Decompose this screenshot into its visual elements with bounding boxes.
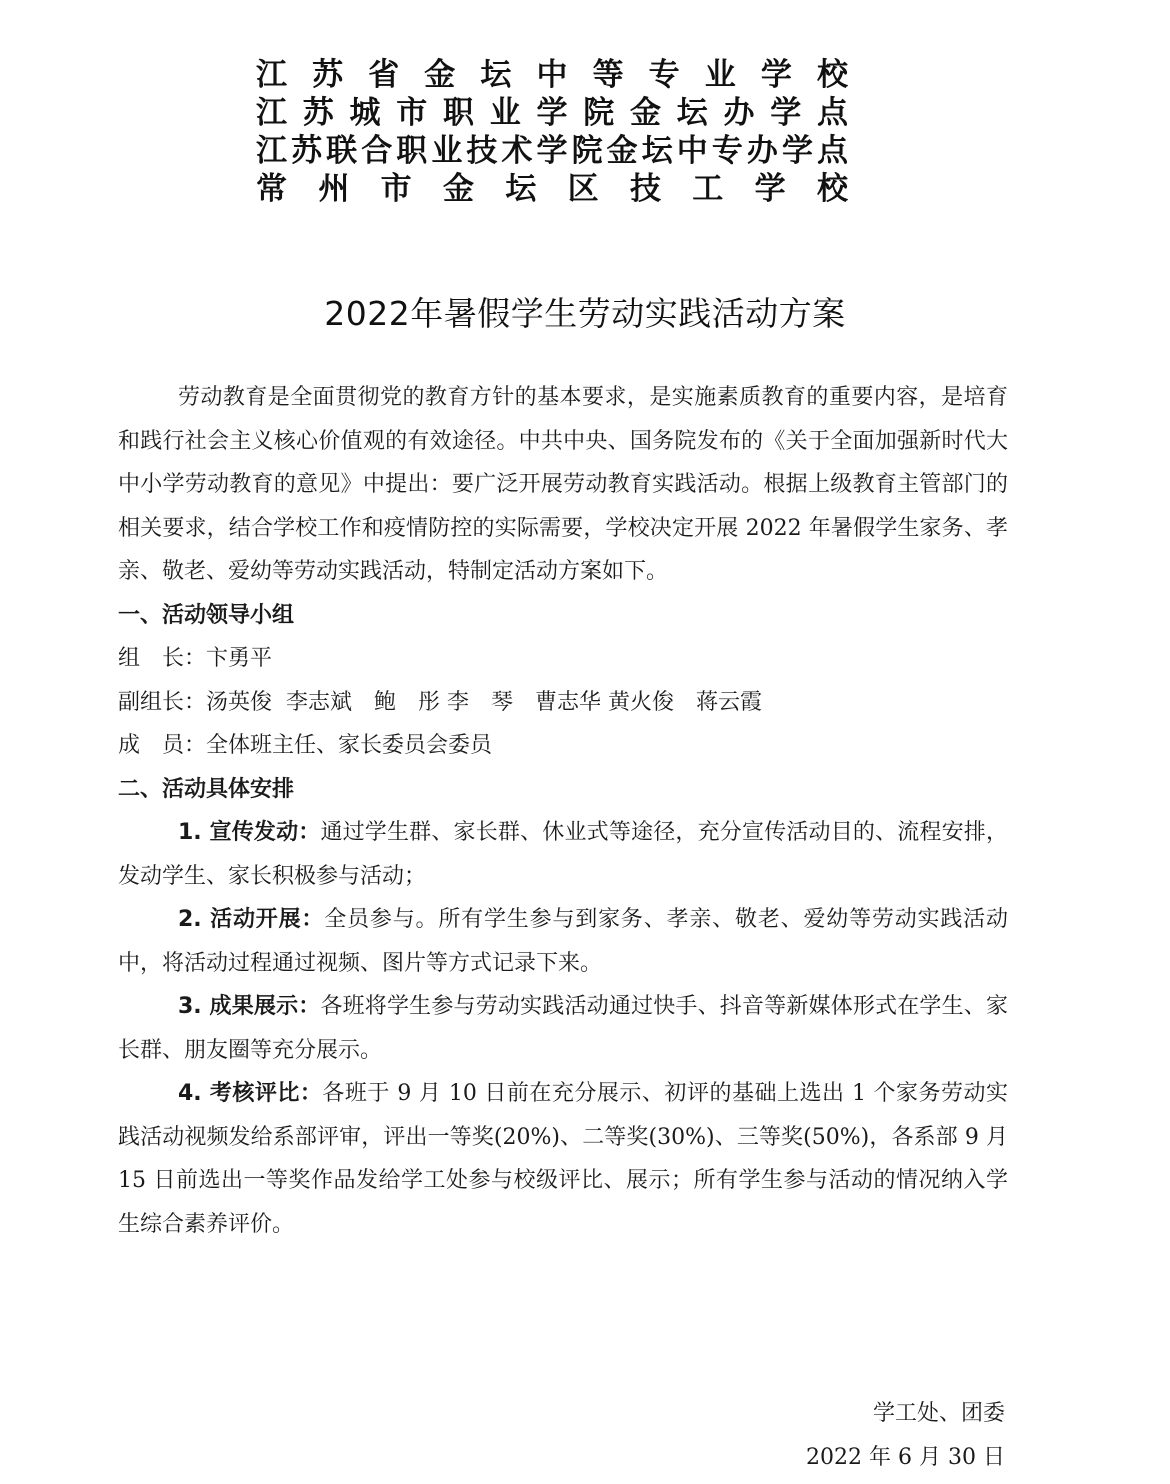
deputy-names: 汤英俊 李志斌 鲍 彤 李 琴 曹志华 黄火俊 蒋云霞 (206, 690, 762, 715)
item-label: 1. 宣传发动： (178, 820, 320, 845)
letterhead-line-3: 江苏联合职业技术学院金坛中专办学点 (256, 132, 848, 170)
leader-label: 组 长： (118, 646, 206, 671)
letterhead-line-4: 常州市金坛区技工学校 (256, 170, 848, 208)
item-label: 4. 考核评比： (178, 1081, 322, 1106)
leader-name: 卞勇平 (206, 646, 272, 671)
item-label: 2. 活动开展： (178, 907, 324, 932)
arrangement-item-1: 1. 宣传发动：通过学生群、家长群、休业式等途径，充分宣传活动目的、流程安排，发… (118, 811, 1008, 898)
leader-row: 组 长：卞勇平 (118, 637, 1008, 681)
arrangement-item-4: 4. 考核评比：各班于 9 月 10 日前在充分展示、初评的基础上选出 1 个家… (118, 1072, 1008, 1246)
signature-date: 2022 年 6 月 30 日 (806, 1436, 1005, 1480)
signature-block: 学工处、团委 2022 年 6 月 30 日 (806, 1392, 1005, 1480)
members-row: 成 员：全体班主任、家长委员会委员 (118, 724, 1008, 768)
members-label: 成 员： (118, 733, 206, 758)
section-2-heading: 二、活动具体安排 (118, 768, 1008, 812)
document-body: 劳动教育是全面贯彻党的教育方针的基本要求，是实施素质教育的重要内容，是培育和践行… (118, 376, 1008, 1246)
section-1-heading: 一、活动领导小组 (118, 594, 1008, 638)
document-title: 2022年暑假学生劳动实践活动方案 (0, 288, 1170, 335)
item-label: 3. 成果展示： (178, 994, 320, 1019)
letterhead-line-1: 江苏省金坛中等专业学校 (256, 56, 848, 94)
signature-org: 学工处、团委 (806, 1392, 1005, 1436)
intro-paragraph: 劳动教育是全面贯彻党的教育方针的基本要求，是实施素质教育的重要内容，是培育和践行… (118, 376, 1008, 594)
letterhead-line-2: 江苏城市职业学院金坛办学点 (256, 94, 848, 132)
arrangement-item-2: 2. 活动开展：全员参与。所有学生参与到家务、孝亲、敬老、爱幼等劳动实践活动中，… (118, 898, 1008, 985)
deputy-row: 副组长：汤英俊 李志斌 鲍 彤 李 琴 曹志华 黄火俊 蒋云霞 (118, 681, 1008, 725)
arrangement-item-3: 3. 成果展示：各班将学生参与劳动实践活动通过快手、抖音等新媒体形式在学生、家长… (118, 985, 1008, 1072)
letterhead: 江苏省金坛中等专业学校 江苏城市职业学院金坛办学点 江苏联合职业技术学院金坛中专… (256, 56, 848, 208)
members-text: 全体班主任、家长委员会委员 (206, 733, 492, 758)
deputy-label: 副组长： (118, 690, 206, 715)
